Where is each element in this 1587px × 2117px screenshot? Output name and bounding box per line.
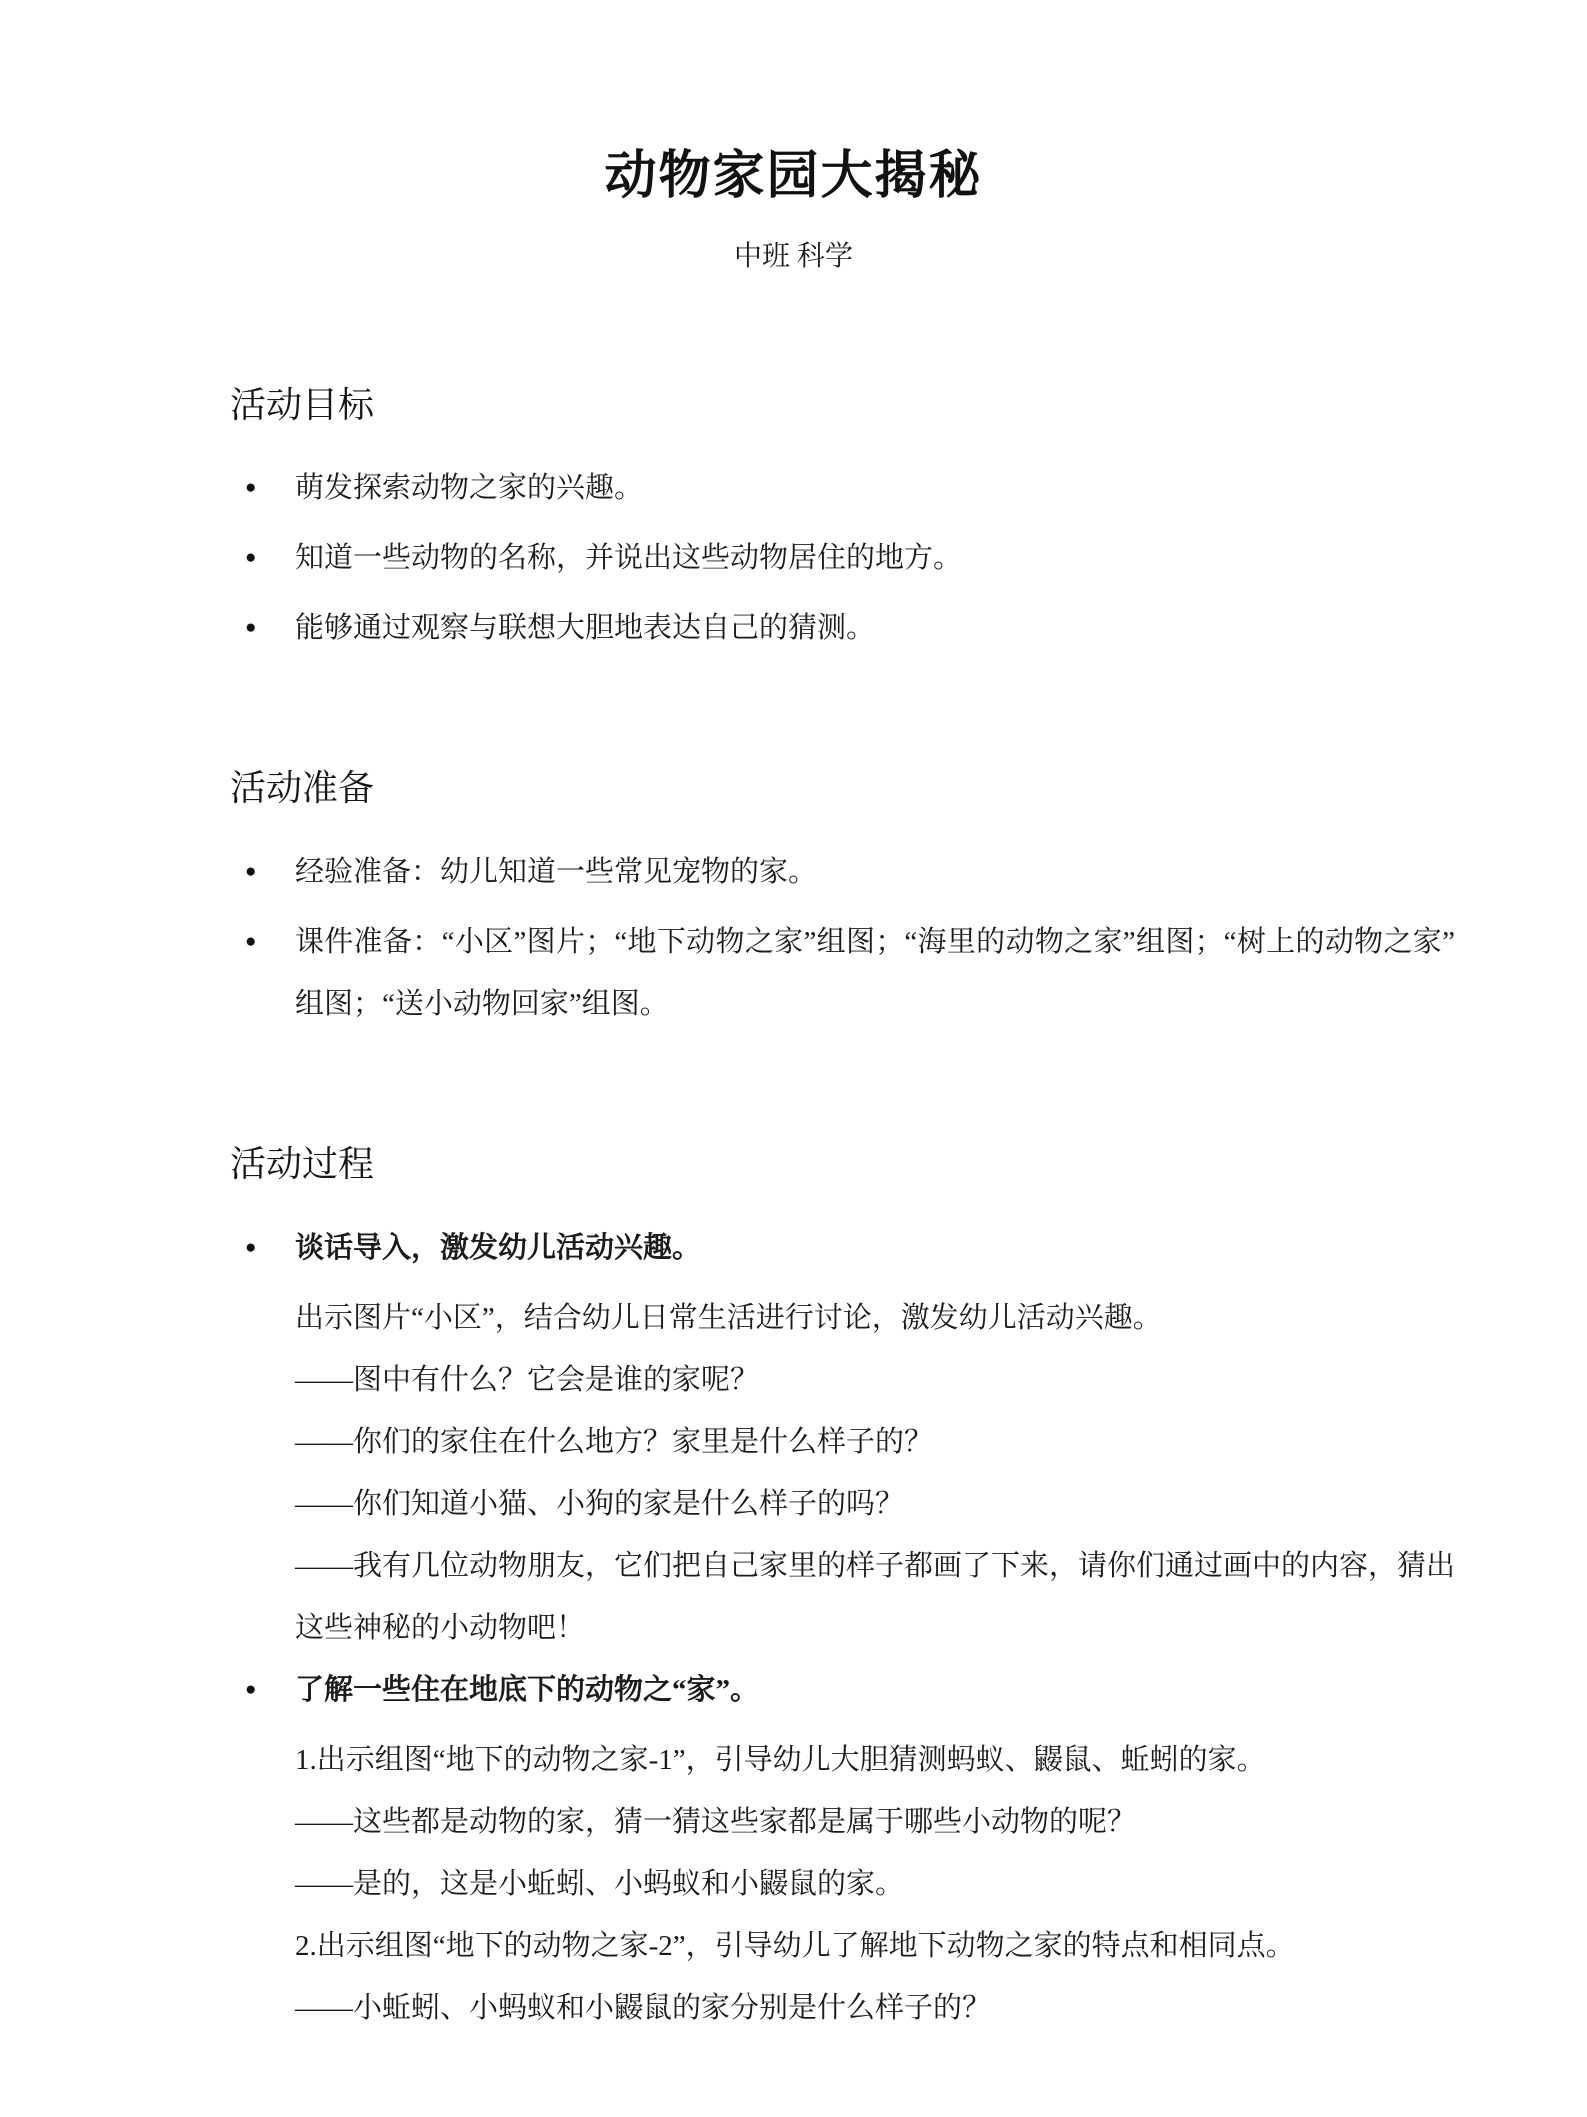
document-section: 活动目标 ● 萌发探索动物之家的兴趣。 ● 知道一些动物的名称，并说出这些动物居… [230,381,1455,660]
section-items: ● 经验准备：幼儿知道一些常见宠物的家。 ● 课件准备：“小区”图片；“地下动物… [230,841,1455,1035]
page-title: 动物家园大揭秘 [0,0,1587,211]
list-item: ● 能够通过观察与联想大胆地表达自己的猜测。 [230,597,1455,659]
bullet-icon: ● [230,1659,295,1721]
document-body: 活动目标 ● 萌发探索动物之家的兴趣。 ● 知道一些动物的名称，并说出这些动物居… [0,381,1587,2039]
paragraph: 出示图片“小区”，结合幼儿日常生活进行讨论，激发幼儿活动兴趣。 [295,1287,1455,1349]
page-subtitle: 中班 科学 [0,237,1587,276]
paragraph: ——是的，这是小蚯蚓、小蚂蚁和小鼹鼠的家。 [295,1853,1455,1915]
paragraph: ——这些都是动物的家，猜一猜这些家都是属于哪些小动物的呢？ [295,1791,1455,1853]
list-item: ● 知道一些动物的名称，并说出这些动物居住的地方。 [230,527,1455,589]
list-item: ● 了解一些住在地底下的动物之“家”。 [230,1659,1455,1721]
bullet-icon: ● [230,597,295,659]
paragraph: ——小蚯蚓、小蚂蚁和小鼹鼠的家分别是什么样子的？ [295,1977,1455,2039]
section-heading: 活动准备 [230,764,1455,813]
paragraph: 1.出示组图“地下的动物之家-1”，引导幼儿大胆猜测蚂蚁、鼹鼠、蚯蚓的家。 [295,1729,1455,1791]
list-item-text: 课件准备：“小区”图片；“地下动物之家”组图；“海里的动物之家”组图；“树上的动… [295,911,1455,1035]
list-item-text: 了解一些住在地底下的动物之“家”。 [295,1659,1455,1721]
list-item-text: 萌发探索动物之家的兴趣。 [295,457,1455,519]
bullet-icon: ● [230,911,295,973]
list-item-text: 知道一些动物的名称，并说出这些动物居住的地方。 [295,527,1455,589]
bullet-icon: ● [230,527,295,589]
list-item-text: 经验准备：幼儿知道一些常见宠物的家。 [295,841,1455,903]
list-item: ● 课件准备：“小区”图片；“地下动物之家”组图；“海里的动物之家”组图；“树上… [230,911,1455,1035]
paragraph: ——图中有什么？它会是谁的家呢？ [295,1349,1455,1411]
list-item: ● 萌发探索动物之家的兴趣。 [230,457,1455,519]
section-heading: 活动过程 [230,1140,1455,1189]
bullet-icon: ● [230,1217,295,1279]
document-section: 活动准备 ● 经验准备：幼儿知道一些常见宠物的家。 ● 课件准备：“小区”图片；… [230,764,1455,1035]
paragraph: ——你们的家住在什么地方？家里是什么样子的？ [295,1411,1455,1473]
paragraph: 2.出示组图“地下的动物之家-2”，引导幼儿了解地下动物之家的特点和相同点。 [295,1915,1455,1977]
list-item: ● 经验准备：幼儿知道一些常见宠物的家。 [230,841,1455,903]
document-section: 活动过程 ● 谈话导入，激发幼儿活动兴趣。 出示图片“小区”，结合幼儿日常生活进… [230,1140,1455,2039]
document-page: 动物家园大揭秘 中班 科学 活动目标 ● 萌发探索动物之家的兴趣。 ● 知道一些… [0,0,1587,2117]
paragraph: ——你们知道小猫、小狗的家是什么样子的吗？ [295,1473,1455,1535]
bullet-icon: ● [230,457,295,519]
paragraph: ——我有几位动物朋友，它们把自己家里的样子都画了下来，请你们通过画中的内容，猜出… [295,1535,1455,1659]
list-item-text: 谈话导入，激发幼儿活动兴趣。 [295,1217,1455,1279]
section-heading: 活动目标 [230,381,1455,430]
bullet-icon: ● [230,841,295,903]
section-items: ● 谈话导入，激发幼儿活动兴趣。 出示图片“小区”，结合幼儿日常生活进行讨论，激… [230,1217,1455,2039]
list-item-text: 能够通过观察与联想大胆地表达自己的猜测。 [295,597,1455,659]
list-item: ● 谈话导入，激发幼儿活动兴趣。 [230,1217,1455,1279]
section-items: ● 萌发探索动物之家的兴趣。 ● 知道一些动物的名称，并说出这些动物居住的地方。… [230,457,1455,659]
